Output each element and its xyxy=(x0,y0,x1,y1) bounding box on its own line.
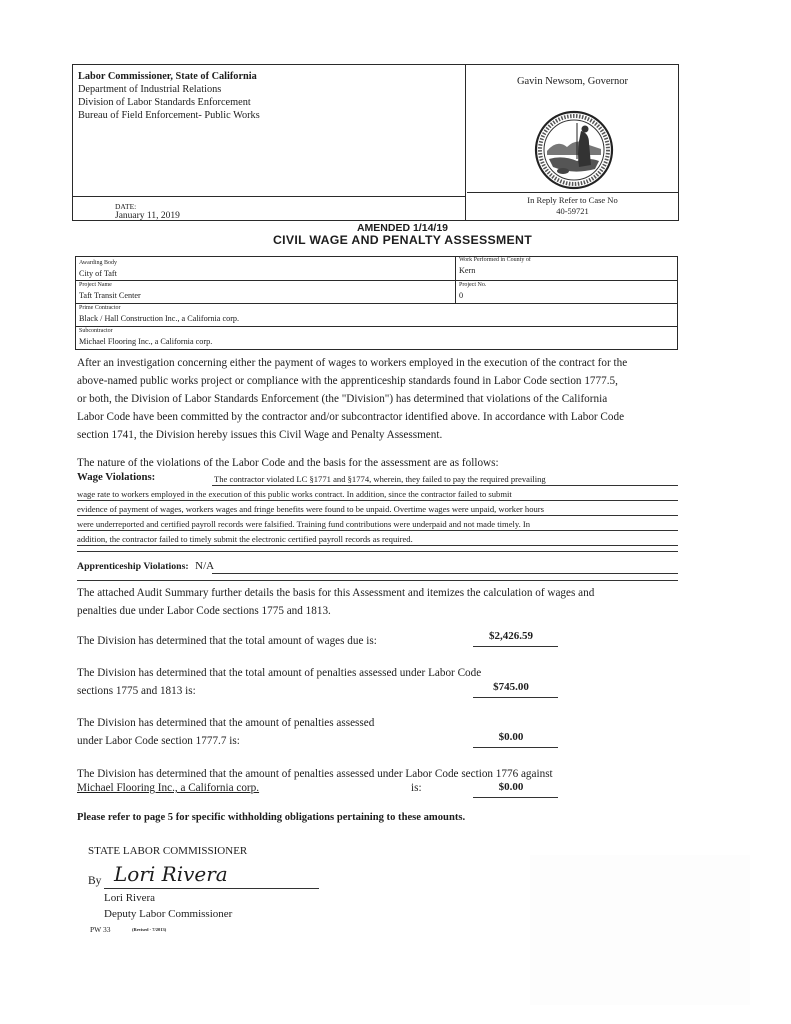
penalties-1776-party: Michael Flooring Inc., a California corp… xyxy=(77,782,259,794)
handwritten-signature: Lori Rivera xyxy=(114,862,228,886)
project-name-label: Project Name xyxy=(79,282,112,288)
apprenticeship-violations: Apprenticeship Violations: N/A xyxy=(77,560,214,572)
intro-line: above-named public works project or comp… xyxy=(77,372,679,390)
form-id: PW 33 xyxy=(90,925,111,934)
intro-line: or both, the Division of Labor Standards… xyxy=(77,390,679,408)
underline xyxy=(77,551,678,552)
signature-heading: STATE LABOR COMMISSIONER xyxy=(88,845,247,857)
bureau-name: Bureau of Field Enforcement- Public Work… xyxy=(78,109,260,122)
underline xyxy=(77,500,678,501)
case-number: 40-59721 xyxy=(467,206,678,216)
california-seal-icon xyxy=(533,109,615,191)
row-divider xyxy=(76,326,677,327)
signature-line xyxy=(104,888,319,889)
county-value: Kern xyxy=(459,266,475,275)
nature-intro: The nature of the violations of the Labo… xyxy=(77,454,679,472)
awarding-body-value: City of Taft xyxy=(79,269,117,278)
audit-summary-paragraph: The attached Audit Summary further detai… xyxy=(77,584,679,620)
penalties-1776-is: is: xyxy=(411,782,422,794)
underline xyxy=(473,747,558,748)
intro-line: Labor Code have been committed by the co… xyxy=(77,408,679,426)
prime-contractor-value: Black / Hall Construction Inc., a Califo… xyxy=(79,314,239,323)
county-label: Work Performed in County of xyxy=(459,257,531,263)
penalties-1775-text: The Division has determined that the tot… xyxy=(77,664,679,700)
intro-line: section 1741, the Division hereby issues… xyxy=(77,426,679,444)
by-label: By xyxy=(88,875,101,887)
audit-line: penalties due under Labor Code sections … xyxy=(77,602,679,620)
underline xyxy=(473,697,558,698)
underline xyxy=(77,530,678,531)
penalties-1777-line: under Labor Code section 1777.7 is: xyxy=(77,732,679,750)
underline xyxy=(212,485,678,486)
project-no-value: 0 xyxy=(459,291,463,300)
project-info-table: Awarding Body City of Taft Work Performe… xyxy=(75,256,678,350)
agency-name: Labor Commissioner, State of California xyxy=(78,70,260,83)
underline xyxy=(473,646,558,647)
project-name-value: Taft Transit Center xyxy=(79,291,141,300)
penalties-1776-text: The Division has determined that the amo… xyxy=(77,765,679,783)
document-title: CIVIL WAGE AND PENALTY ASSESSMENT xyxy=(0,233,791,247)
row-divider xyxy=(76,280,677,281)
apprenticeship-value: N/A xyxy=(195,560,214,572)
audit-line: The attached Audit Summary further detai… xyxy=(77,584,679,602)
prime-contractor-label: Prime Contractor xyxy=(79,305,121,311)
penalties-1775-line: The Division has determined that the tot… xyxy=(77,664,679,682)
underline xyxy=(77,515,678,516)
awarding-body-label: Awarding Body xyxy=(79,260,117,266)
agency-block: Labor Commissioner, State of California … xyxy=(78,70,260,122)
intro-line: After an investigation concerning either… xyxy=(77,354,679,372)
penalties-1776-amount: $0.00 xyxy=(470,781,552,793)
underline xyxy=(473,797,558,798)
wages-due-text: The Division has determined that the tot… xyxy=(77,632,679,650)
department-name: Department of Industrial Relations xyxy=(78,83,260,96)
underline xyxy=(77,580,678,581)
date-label: DATE: xyxy=(115,202,136,211)
underline xyxy=(77,545,678,546)
wages-due-amount: $2,426.59 xyxy=(470,630,552,642)
signer-title: Deputy Labor Commissioner xyxy=(104,908,232,920)
wage-violations-label: Wage Violations: xyxy=(77,471,155,483)
letterhead-box: Labor Commissioner, State of California … xyxy=(72,64,679,221)
governor-name: Gavin Newsom, Governor xyxy=(467,76,678,87)
date-value: January 11, 2019 xyxy=(115,211,180,221)
division-name: Division of Labor Standards Enforcement xyxy=(78,96,260,109)
penalties-1775-line: sections 1775 and 1813 is: xyxy=(77,682,679,700)
apprenticeship-label: Apprenticeship Violations: xyxy=(77,561,189,572)
penalties-1777-amount: $0.00 xyxy=(470,731,552,743)
penalties-1777-text: The Division has determined that the amo… xyxy=(77,714,679,750)
case-divider xyxy=(467,192,678,193)
penalties-1777-line: The Division has determined that the amo… xyxy=(77,714,679,732)
intro-paragraph: After an investigation concerning either… xyxy=(77,354,679,444)
subcontractor-value: Michael Flooring Inc., a California corp… xyxy=(79,337,212,346)
subcontractor-label: Subcontractor xyxy=(79,328,113,334)
row-divider xyxy=(76,303,677,304)
withholding-note: Please refer to page 5 for specific with… xyxy=(77,812,465,823)
form-revision: (Revised - 7/2013) xyxy=(132,927,166,932)
scan-artifact xyxy=(530,855,750,1005)
signer-name: Lori Rivera xyxy=(104,892,155,904)
reply-refer-label: In Reply Refer to Case No xyxy=(467,195,678,205)
penalties-1775-amount: $745.00 xyxy=(470,681,552,693)
date-divider xyxy=(73,196,465,197)
underline xyxy=(212,573,678,574)
project-no-label: Project No. xyxy=(459,282,486,288)
